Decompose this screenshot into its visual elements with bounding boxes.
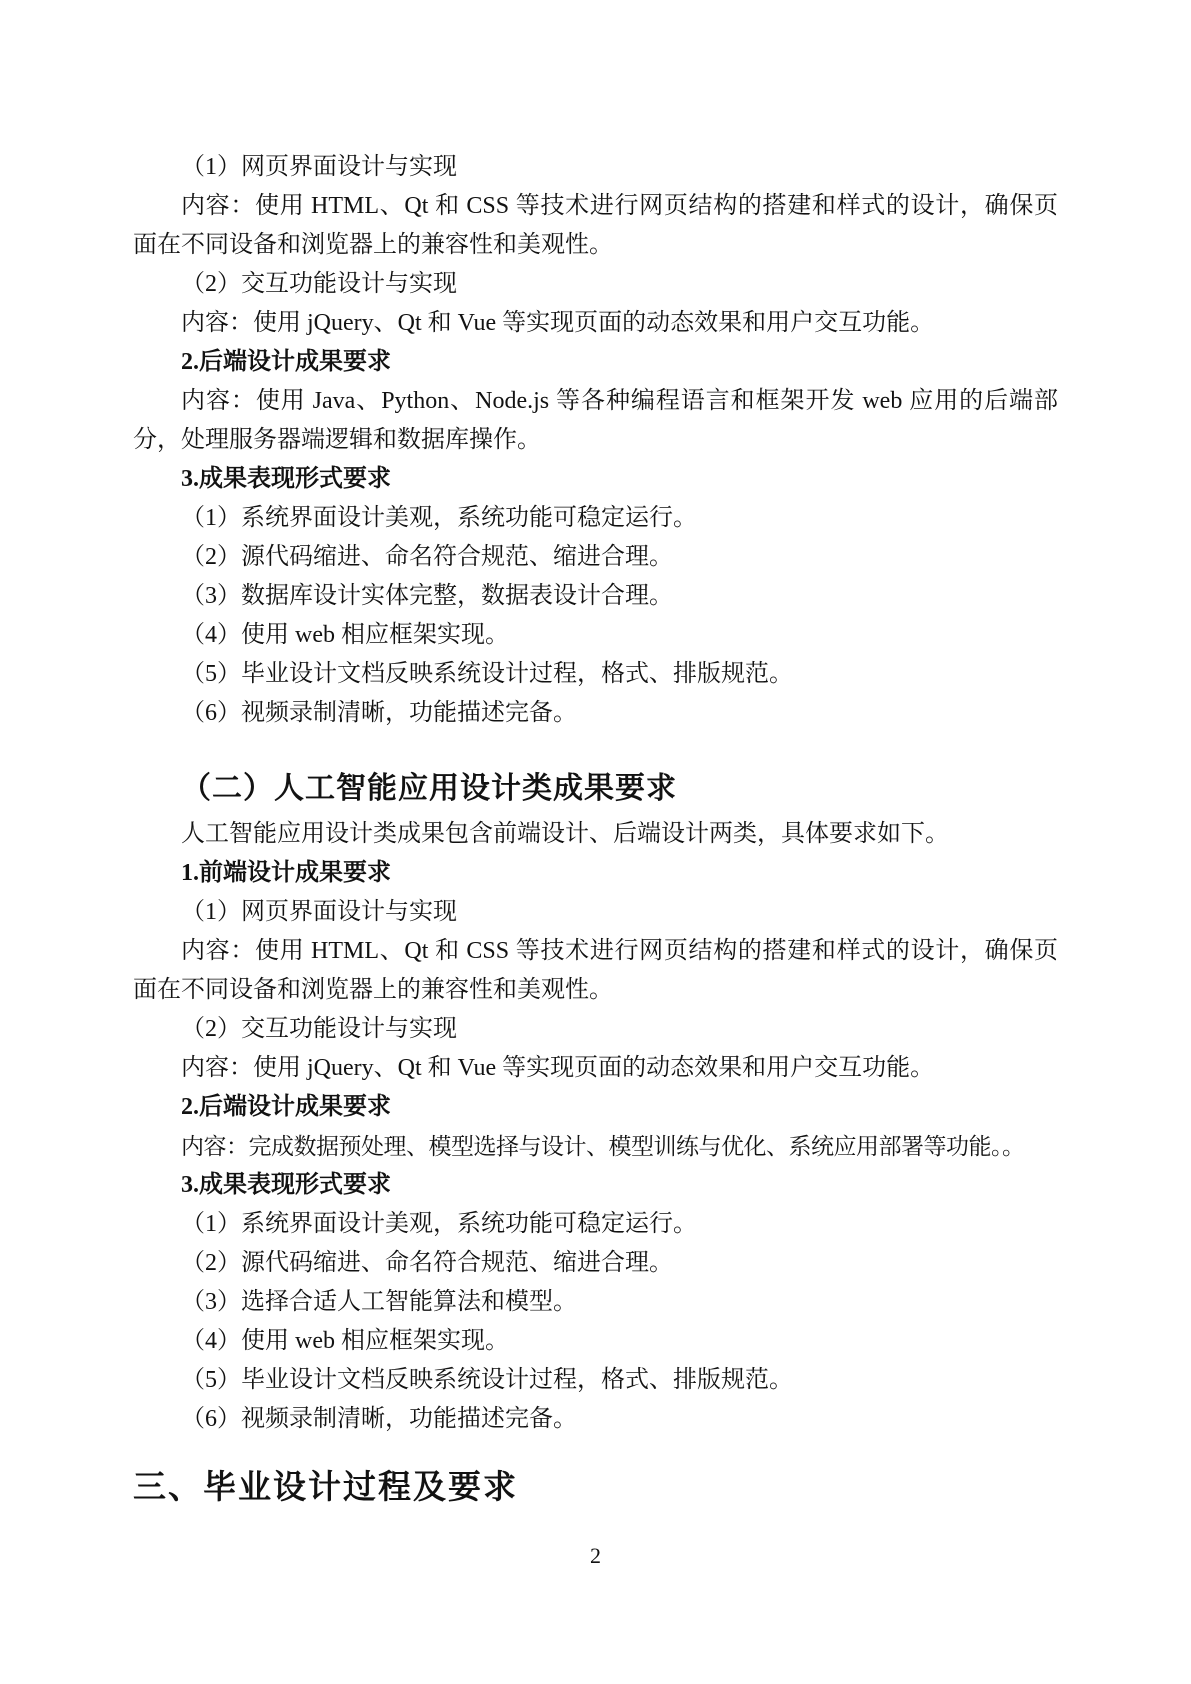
- list-item: （2）源代码缩进、命名符合规范、缩进合理。: [133, 1244, 1058, 1283]
- body-paragraph: 人工智能应用设计类成果包含前端设计、后端设计两类，具体要求如下。: [133, 815, 1058, 854]
- body-paragraph: 内容：使用 jQuery、Qt 和 Vue 等实现页面的动态效果和用户交互功能。: [133, 304, 1058, 343]
- list-item: （2）交互功能设计与实现: [133, 1010, 1058, 1049]
- list-item: （2）交互功能设计与实现: [133, 265, 1058, 304]
- document-body: （1）网页界面设计与实现 内容：使用 HTML、Qt 和 CSS 等技术进行网页…: [133, 148, 1058, 1511]
- numbered-subheading: 3.成果表现形式要求: [133, 1166, 1058, 1205]
- list-item: （5）毕业设计文档反映系统设计过程，格式、排版规范。: [133, 655, 1058, 694]
- numbered-subheading: 3.成果表现形式要求: [133, 460, 1058, 499]
- numbered-subheading: 2.后端设计成果要求: [133, 1088, 1058, 1127]
- list-item: （1）系统界面设计美观，系统功能可稳定运行。: [133, 1205, 1058, 1244]
- list-item: （4）使用 web 相应框架实现。: [133, 616, 1058, 655]
- document-page: （1）网页界面设计与实现 内容：使用 HTML、Qt 和 CSS 等技术进行网页…: [0, 0, 1191, 1684]
- list-item: （6）视频录制清晰，功能描述完备。: [133, 1400, 1058, 1439]
- list-item: （1）网页界面设计与实现: [133, 893, 1058, 932]
- list-item: （3）数据库设计实体完整，数据表设计合理。: [133, 577, 1058, 616]
- body-paragraph: 内容：使用 Java、Python、Node.js 等各种编程语言和框架开发 w…: [133, 382, 1058, 460]
- body-paragraph: 内容：使用 HTML、Qt 和 CSS 等技术进行网页结构的搭建和样式的设计，确…: [133, 932, 1058, 1010]
- list-item: （1）系统界面设计美观，系统功能可稳定运行。: [133, 499, 1058, 538]
- list-item: （2）源代码缩进、命名符合规范、缩进合理。: [133, 538, 1058, 577]
- list-item: （3）选择合适人工智能算法和模型。: [133, 1283, 1058, 1322]
- chapter-heading: 三、毕业设计过程及要求: [133, 1463, 1058, 1511]
- list-item: （6）视频录制清晰，功能描述完备。: [133, 694, 1058, 733]
- page-number: 2: [0, 1541, 1191, 1571]
- numbered-subheading: 2.后端设计成果要求: [133, 343, 1058, 382]
- section-heading: （二）人工智能应用设计类成果要求: [133, 767, 1058, 811]
- body-paragraph: 内容：使用 jQuery、Qt 和 Vue 等实现页面的动态效果和用户交互功能。: [133, 1049, 1058, 1088]
- body-paragraph: 内容：使用 HTML、Qt 和 CSS 等技术进行网页结构的搭建和样式的设计，确…: [133, 187, 1058, 265]
- body-paragraph: 内容：完成数据预处理、模型选择与设计、模型训练与优化、系统应用部署等功能。。: [133, 1127, 1058, 1166]
- list-item: （4）使用 web 相应框架实现。: [133, 1322, 1058, 1361]
- list-item: （1）网页界面设计与实现: [133, 148, 1058, 187]
- list-item: （5）毕业设计文档反映系统设计过程，格式、排版规范。: [133, 1361, 1058, 1400]
- numbered-subheading: 1.前端设计成果要求: [133, 854, 1058, 893]
